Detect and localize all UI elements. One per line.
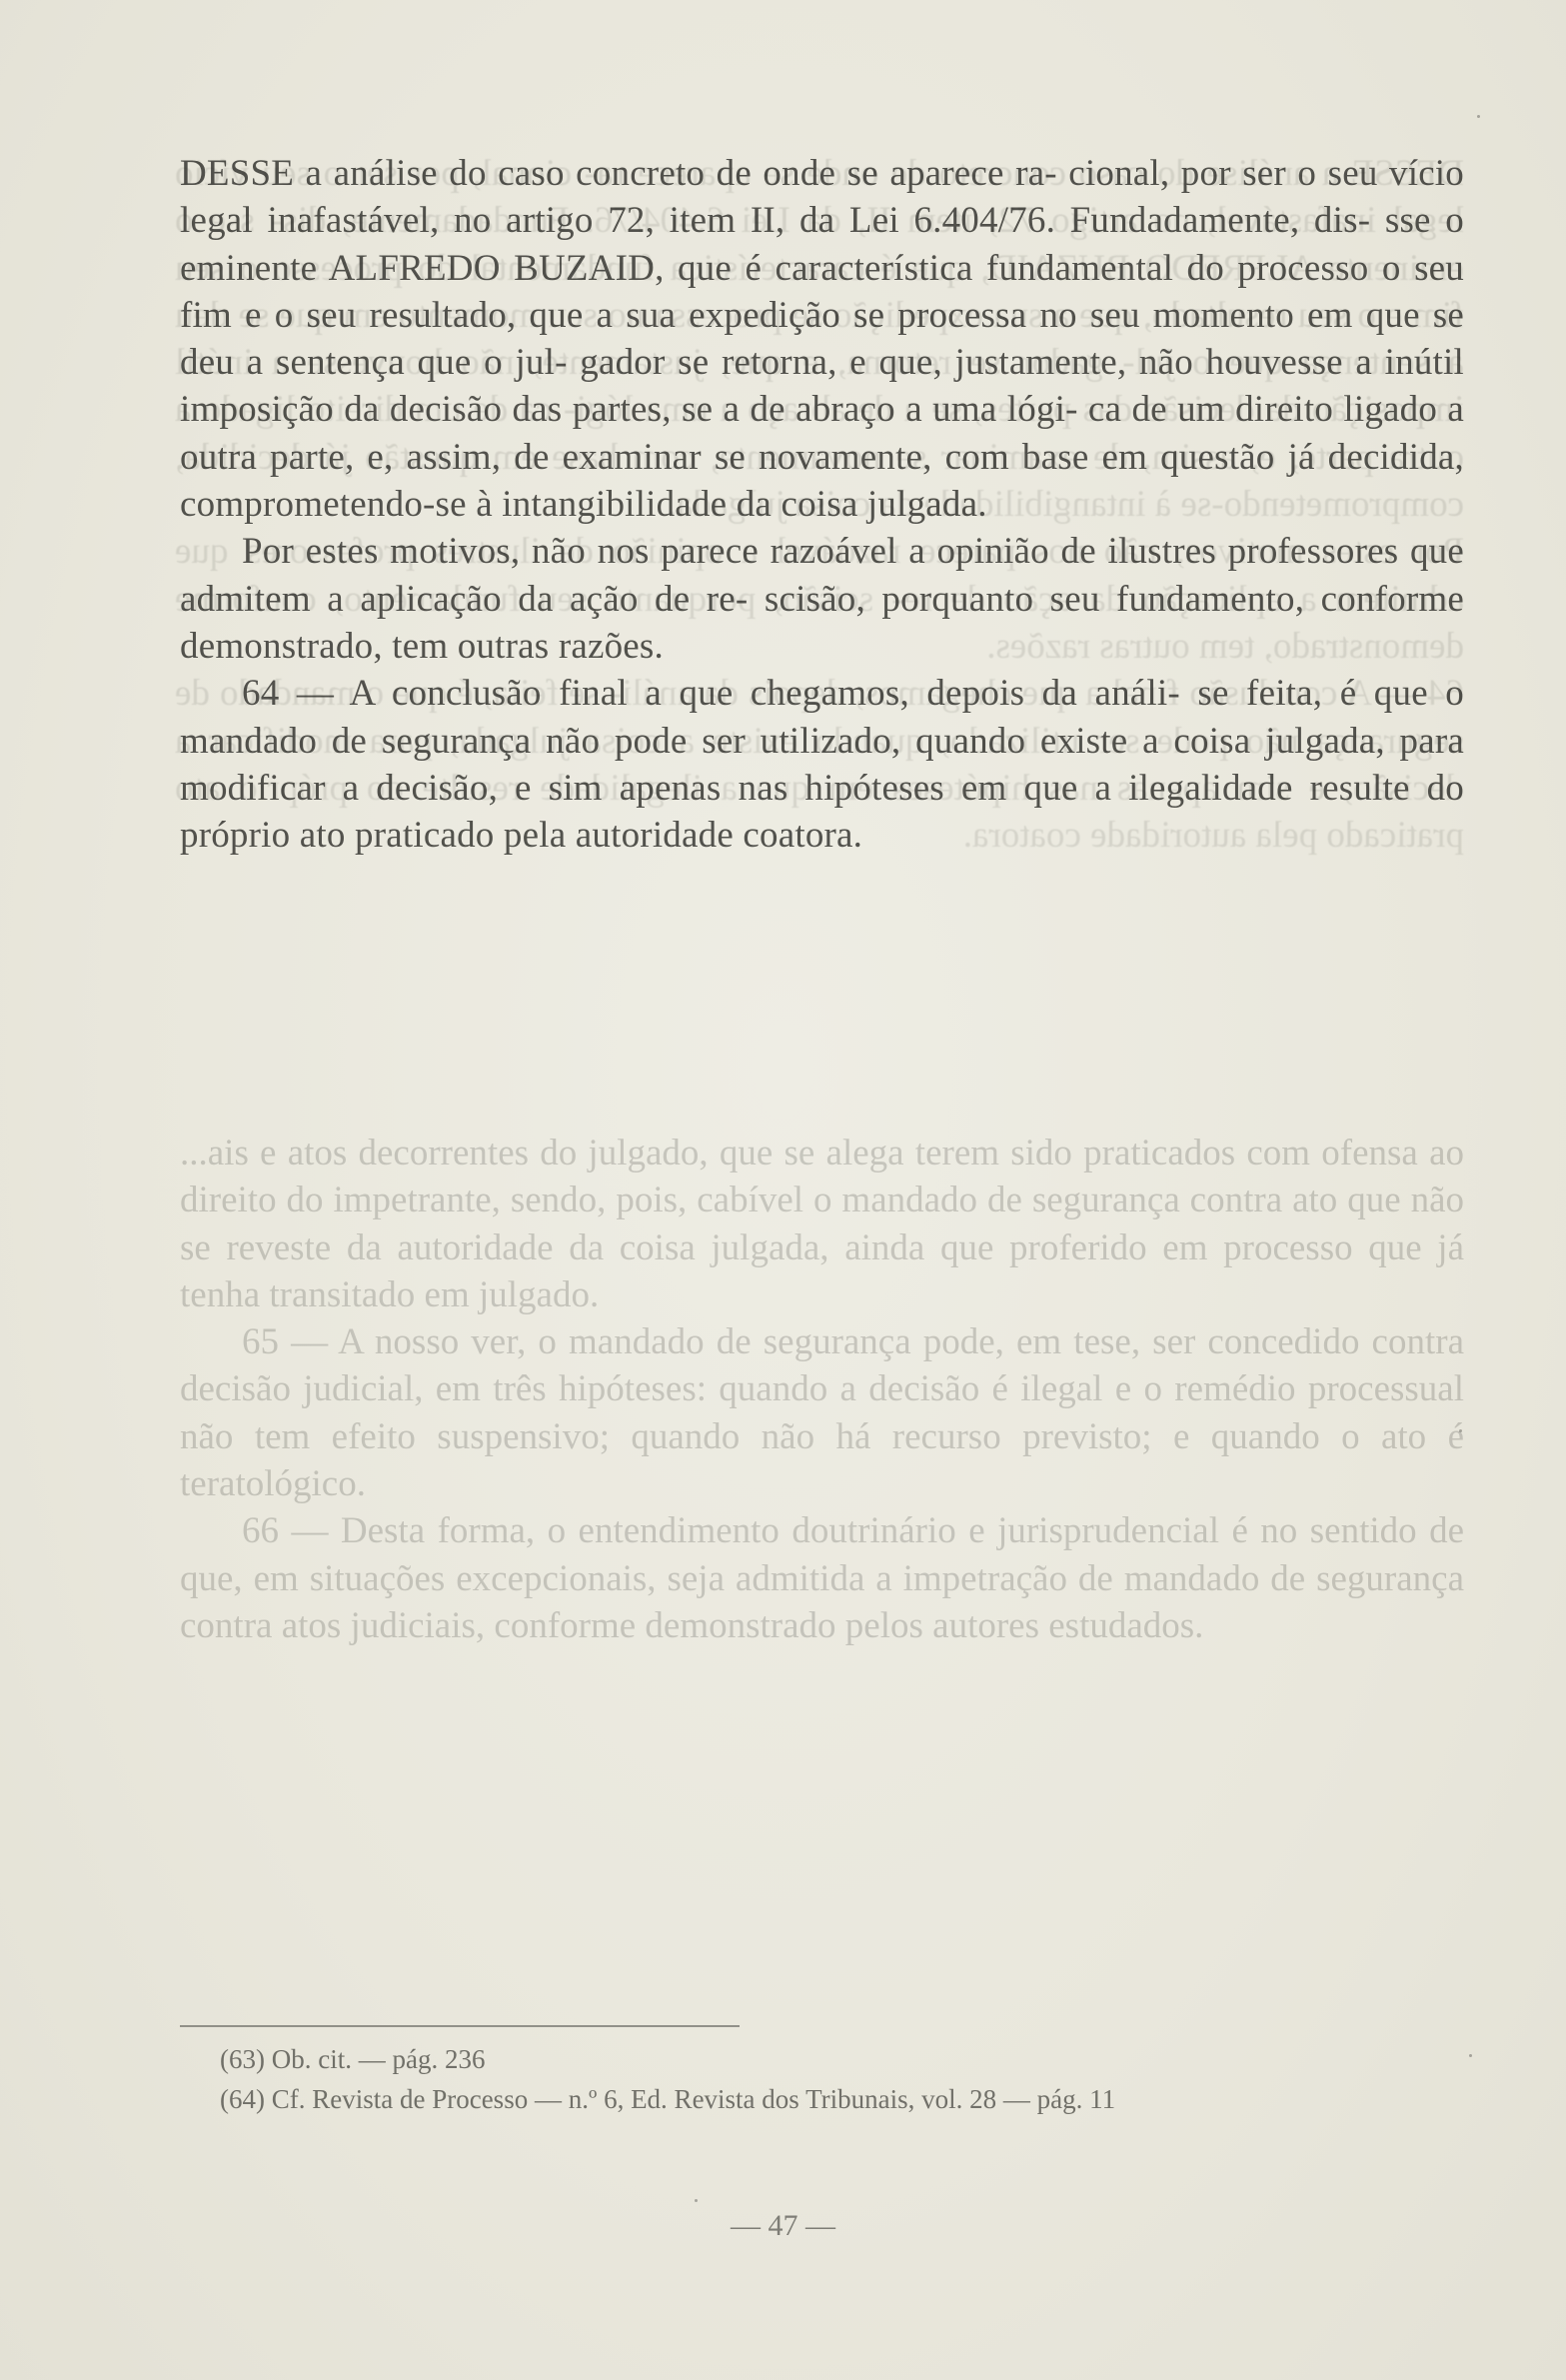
- footnote-marker: (63): [220, 2044, 265, 2074]
- scan-speck: [1459, 1429, 1462, 1432]
- scan-speck: [695, 2199, 698, 2202]
- footnote-63: (63) Ob. cit. — pág. 236: [180, 2039, 1464, 2079]
- footnote-divider: [180, 2025, 740, 2027]
- paragraph-64: 64 — A conclusão final a que chegamos, d…: [180, 670, 1464, 859]
- footnotes: (63) Ob. cit. — pág. 236 (64) Cf. Revist…: [180, 2039, 1464, 2119]
- faint-lower-text-block: ...ais e atos decorrentes do julgado, qu…: [180, 1130, 1464, 1649]
- footnote-text: Ob. cit. — pág. 236: [272, 2044, 486, 2074]
- footnote-text: Cf. Revista de Processo — n.º 6, Ed. Rev…: [272, 2084, 1115, 2114]
- main-text-block: DESSE a análise do caso concreto de onde…: [180, 150, 1464, 859]
- scan-speck: [1469, 2054, 1472, 2057]
- paragraph: DESSE a análise do caso concreto de onde…: [180, 150, 1464, 528]
- faint-paragraph-65: 65 — A nosso ver, o mandado de segurança…: [180, 1318, 1464, 1507]
- scan-speck: [1477, 115, 1480, 118]
- paragraph: Por estes motivos, não nos parece razoáv…: [180, 528, 1464, 670]
- footnote-64: (64) Cf. Revista de Processo — n.º 6, Ed…: [180, 2079, 1464, 2119]
- faint-paragraph-66: 66 — Desta forma, o entendimento doutrin…: [180, 1507, 1464, 1649]
- footnote-marker: (64): [220, 2084, 265, 2114]
- faint-paragraph: ...ais e atos decorrentes do julgado, qu…: [180, 1130, 1464, 1318]
- page-number: — 47 —: [0, 2209, 1566, 2243]
- scanned-page: DESSE a análise do caso concreto de onde…: [0, 0, 1566, 2380]
